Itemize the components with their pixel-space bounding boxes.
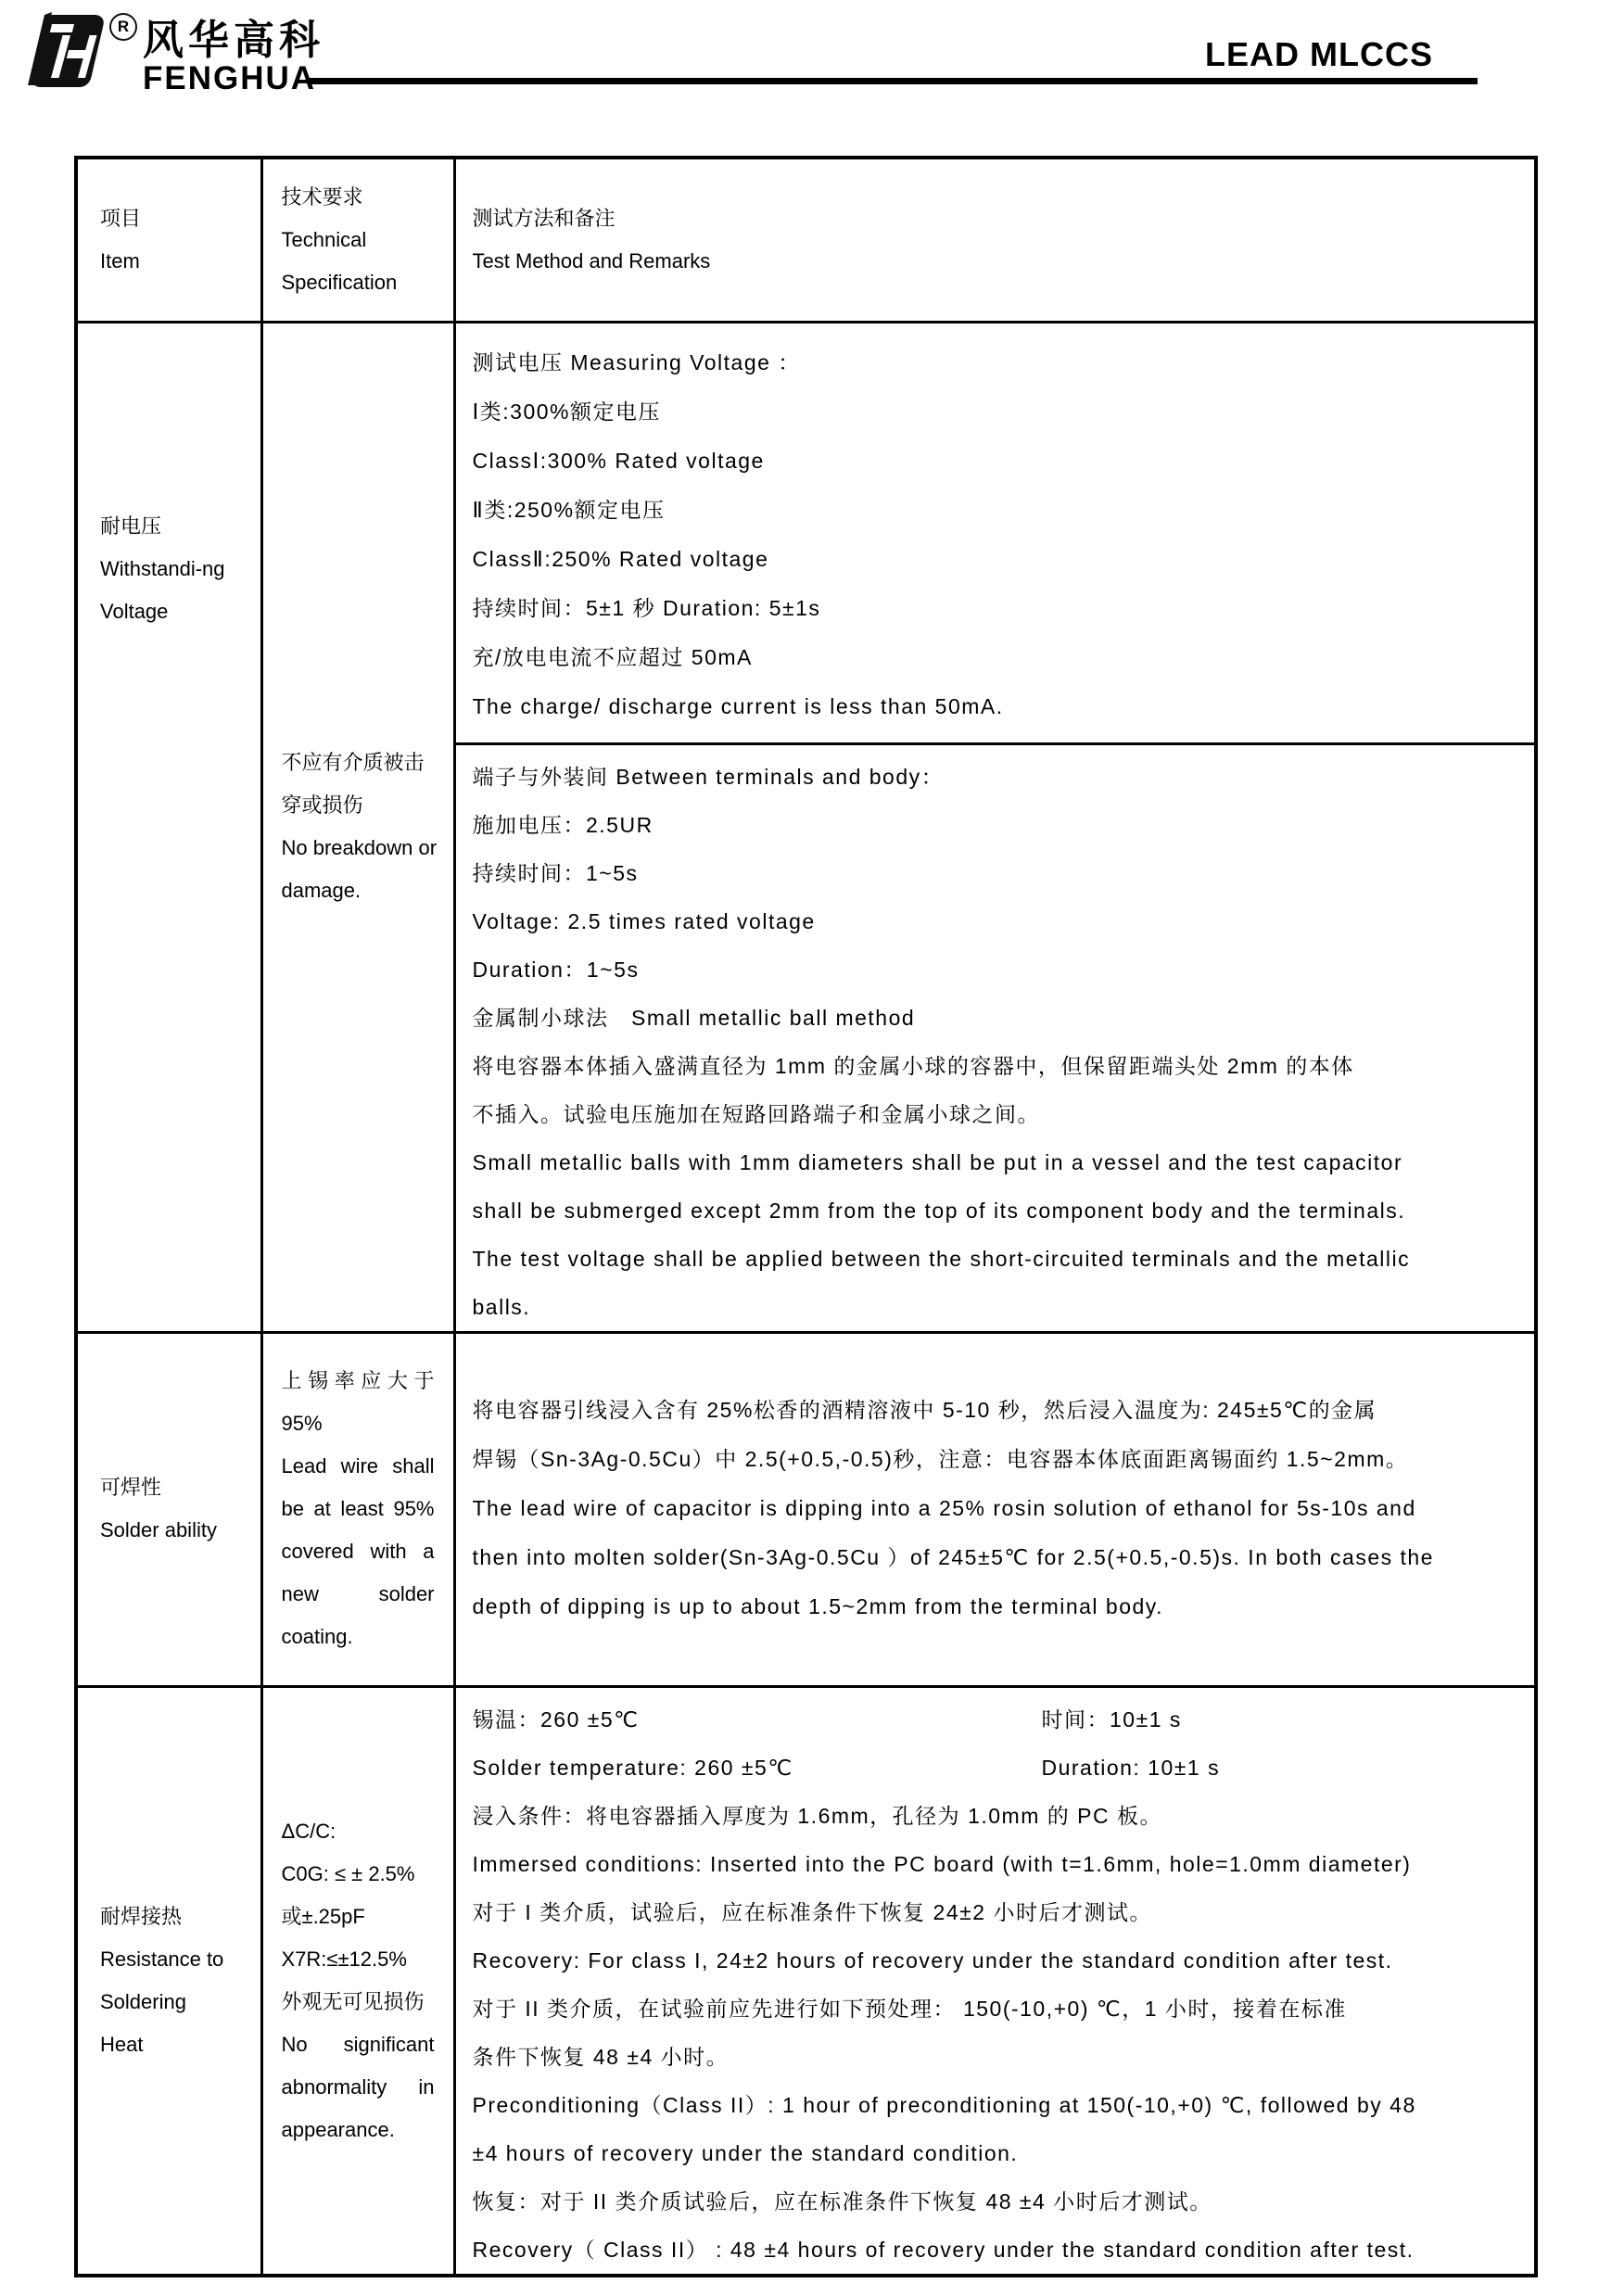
spec-line: abnormality in: [282, 2066, 435, 2109]
method-text-line: 焊锡（Sn-3Ag-0.5Cu）中 2.5(+0.5,-0.5)秒，注意：电容器…: [473, 1435, 1524, 1484]
header-rule: [308, 78, 1478, 84]
brand-text: 风华高科 FENGHUA: [143, 20, 324, 96]
method-text-line: 将电容器本体插入盛满直径为 1mm 的金属小球的容器中，但保留距端头处 2mm …: [473, 1042, 1524, 1090]
solder-temperature-cn: 锡温：260 ±5℃: [473, 1695, 1042, 1744]
method-cell-soldering-heat: 锡温：260 ±5℃ 时间：10±1 s Solder temperature:…: [454, 1686, 1536, 2276]
spec-line: 不应有介质被击: [282, 742, 435, 784]
method-text-line: 持续时间：1~5s: [473, 849, 1524, 897]
item-line: Voltage: [100, 590, 251, 633]
method-text-line: 将电容器引线浸入含有 25%松香的酒精溶液中 5-10 秒，然后浸入温度为: 2…: [473, 1386, 1524, 1435]
method-text-line: Ⅰ类:300%额定电压: [473, 387, 1524, 437]
spec-line: ΔC/C:: [282, 1810, 435, 1853]
item-line: Withstandi-ng: [100, 548, 251, 590]
row-soldering-heat: 耐焊接热 Resistance to Soldering Heat ΔC/C: …: [76, 1686, 1536, 2276]
spec-line: 上锡率应大于: [282, 1360, 435, 1402]
method-text-line: 条件下恢复 48 ±4 小时。: [473, 2033, 1524, 2081]
method-text-line: 锡温：260 ±5℃ 时间：10±1 s: [473, 1695, 1524, 1744]
method-text-line: 浸入条件：将电容器插入厚度为 1.6mm，孔径为 1.0mm 的 PC 板。: [473, 1792, 1524, 1840]
header-line: Technical: [282, 219, 435, 261]
item-cell-withstanding-voltage: 耐电压 Withstandi-ng Voltage: [76, 322, 261, 1332]
row-solderability: 可焊性 Solder ability 上锡率应大于 95% Lead wire …: [76, 1332, 1536, 1686]
method-cell-measuring-voltage: 测试电压 Measuring Voltage ：Ⅰ类:300%额定电压Class…: [454, 322, 1536, 743]
method-text-line: ClassⅡ:250% Rated voltage: [473, 535, 1524, 584]
brand-name-chinese: 风华高科: [143, 20, 324, 61]
registered-trademark-icon: R: [109, 13, 137, 41]
method-text-line: Solder temperature: 260 ±5℃ Duration: 10…: [473, 1744, 1524, 1792]
fenghua-logo-icon: [20, 9, 106, 91]
spec-line: damage.: [282, 869, 435, 912]
spec-line: new solder: [282, 1573, 435, 1616]
method-text-line: 金属制小球法 Small metallic ball method: [473, 994, 1524, 1042]
method-text-line: Duration：1~5s: [473, 945, 1524, 994]
method-text-line: Ⅱ类:250%额定电压: [473, 486, 1524, 535]
spec-cell-solderability: 上锡率应大于 95% Lead wire shall be at least 9…: [261, 1332, 454, 1686]
header-line: Test Method and Remarks: [473, 240, 1524, 283]
fenghua-logo: R 风华高科 FENGHUA: [20, 9, 324, 96]
header-line: 项目: [100, 197, 251, 240]
spec-line: C0G: ≤ ± 2.5%: [282, 1853, 435, 1896]
method-text-line: depth of dipping is up to about 1.5~2mm …: [473, 1582, 1524, 1631]
method-text-line: The lead wire of capacitor is dipping in…: [473, 1484, 1524, 1533]
method-text-line: then into molten solder(Sn-3Ag-0.5Cu ）of…: [473, 1533, 1524, 1582]
spec-line: 或±.25pF: [282, 1896, 435, 1938]
method-text-line: 充/放电电流不应超过 50mA: [473, 633, 1524, 682]
method-text-line: 恢复：对于 II 类介质试验后，应在标准条件下恢复 48 ±4 小时后才测试。: [473, 2177, 1524, 2226]
item-cell-soldering-heat: 耐焊接热 Resistance to Soldering Heat: [76, 1686, 261, 2276]
spec-line: be at least 95%: [282, 1488, 435, 1530]
spec-line: appearance.: [282, 2109, 435, 2151]
item-line: Soldering: [100, 1981, 251, 2023]
brand-name-english: FENGHUA: [143, 61, 324, 96]
method-text-line: balls.: [473, 1283, 1524, 1331]
row-withstanding-voltage: 耐电压 Withstandi-ng Voltage 不应有介质被击 穿或损伤 N…: [76, 322, 1536, 743]
method-text-line: 测试电压 Measuring Voltage ：: [473, 338, 1524, 387]
spec-line: No significant: [282, 2023, 435, 2066]
method-text-line: 不插入。试验电压施加在短路回路端子和金属小球之间。: [473, 1090, 1524, 1138]
spec-cell-soldering-heat: ΔC/C: C0G: ≤ ± 2.5% 或±.25pF X7R:≤±12.5% …: [261, 1686, 454, 2276]
item-line: 可焊性: [100, 1466, 251, 1509]
method-cell-terminals-body: 端子与外装间 Between terminals and body：施加电压：2…: [454, 743, 1536, 1332]
item-line: 耐焊接热: [100, 1896, 251, 1938]
method-text-line: shall be submerged except 2mm from the t…: [473, 1186, 1524, 1235]
item-line: Solder ability: [100, 1509, 251, 1552]
spec-line: X7R:≤±12.5%: [282, 1938, 435, 1981]
header-line: Specification: [282, 261, 435, 304]
spec-table: 项目 Item 技术要求 Technical Specification 测试方…: [74, 156, 1538, 2277]
spec-line: 外观无可见损伤: [282, 1981, 435, 2023]
table-header-row: 项目 Item 技术要求 Technical Specification 测试方…: [76, 158, 1536, 322]
header-cell-item: 项目 Item: [76, 158, 261, 322]
spec-line: 穿或损伤: [282, 784, 435, 827]
spec-line: coating.: [282, 1616, 435, 1658]
method-text-line: ±4 hours of recovery under the standard …: [473, 2129, 1524, 2177]
method-text-line: Voltage: 2.5 times rated voltage: [473, 897, 1524, 945]
item-line: 耐电压: [100, 505, 251, 548]
method-text-line: Immersed conditions: Inserted into the P…: [473, 1840, 1524, 1888]
spec-cell-withstanding-voltage: 不应有介质被击 穿或损伤 No breakdown or damage.: [261, 322, 454, 1332]
spec-line: Lead wire shall: [282, 1445, 435, 1488]
method-text-line: 对于 II 类介质，在试验前应先进行如下预处理： 150(-10,+0) ℃，1…: [473, 1985, 1524, 2033]
header-line: 测试方法和备注: [473, 197, 1524, 240]
header-line: Item: [100, 240, 251, 283]
method-text-line: The test voltage shall be applied betwee…: [473, 1235, 1524, 1283]
header-line: 技术要求: [282, 176, 435, 219]
item-line: Resistance to: [100, 1938, 251, 1981]
spec-line: No breakdown or: [282, 827, 435, 869]
method-text-line: Small metallic balls with 1mm diameters …: [473, 1138, 1524, 1186]
spec-line: 95%: [282, 1402, 435, 1445]
method-text-line: 端子与外装间 Between terminals and body：: [473, 753, 1524, 801]
spec-line: covered with a: [282, 1530, 435, 1573]
header-cell-spec: 技术要求 Technical Specification: [261, 158, 454, 322]
method-text-line: Recovery: For class I, 24±2 hours of rec…: [473, 1936, 1524, 1985]
method-text-line: Recovery（ Class II） : 48 ±4 hours of rec…: [473, 2226, 1524, 2274]
solder-temperature-en: Solder temperature: 260 ±5℃: [473, 1744, 1042, 1792]
method-text-line: 施加电压：2.5UR: [473, 801, 1524, 849]
method-text-line: 持续时间：5±1 秒 Duration: 5±1s: [473, 584, 1524, 633]
method-text-line: Preconditioning（Class II）: 1 hour of pre…: [473, 2081, 1524, 2129]
method-text-line: The charge/ discharge current is less th…: [473, 682, 1524, 731]
duration-cn: 时间：10±1 s: [1042, 1695, 1524, 1744]
page-title: LEAD MLCCS: [1205, 35, 1433, 74]
document-page: R 风华高科 FENGHUA LEAD MLCCS 项目 Item 技术要求: [0, 0, 1599, 2296]
spec-table-wrap: 项目 Item 技术要求 Technical Specification 测试方…: [74, 156, 1538, 2277]
item-line: Heat: [100, 2023, 251, 2066]
duration-en: Duration: 10±1 s: [1042, 1744, 1524, 1792]
method-text-line: ClassⅠ:300% Rated voltage: [473, 437, 1524, 486]
method-text-line: 对于 I 类介质，试验后，应在标准条件下恢复 24±2 小时后才测试。: [473, 1888, 1524, 1936]
item-cell-solderability: 可焊性 Solder ability: [76, 1332, 261, 1686]
header-cell-method: 测试方法和备注 Test Method and Remarks: [454, 158, 1536, 322]
method-cell-solderability: 将电容器引线浸入含有 25%松香的酒精溶液中 5-10 秒，然后浸入温度为: 2…: [454, 1332, 1536, 1686]
